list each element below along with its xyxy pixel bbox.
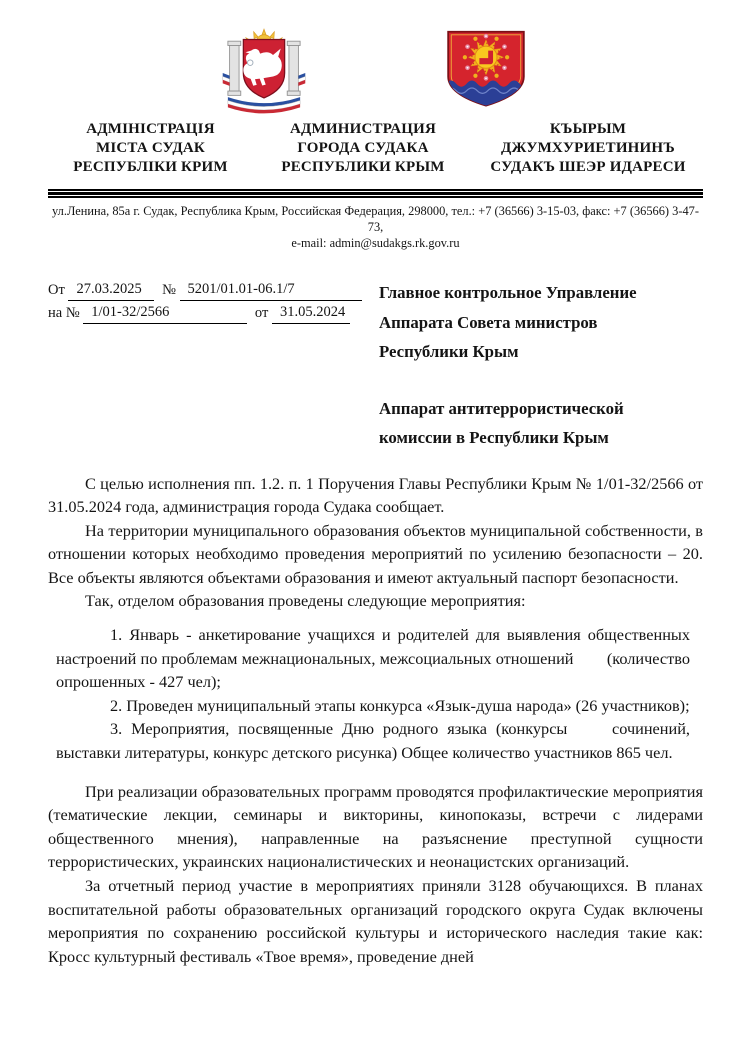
org-uk-line2: МІСТА СУДАК [48,139,253,158]
reference-block: От 27.03.2025 № 5201/01.01-06.1/7 на № 1… [48,278,379,324]
letterhead-emblems [48,28,703,118]
ref-reply-date-label: от [255,302,268,324]
list-item-language-contest: 2. Проведен муниципальный этапы конкурса… [56,694,690,718]
paragraph-preventive-measures: При реализации образовательных программ … [48,780,703,874]
org-ru-line2: ГОРОДА СУДАКА [253,139,473,158]
contact-address: ул.Ленина, 85а г. Судак, Республика Крым… [48,203,703,251]
recipient-antiterror-commission: Аппарат антитеррористической комиссии в … [379,394,703,453]
org-ru-line1: АДМИНИСТРАЦИЯ [253,120,473,139]
org-name-ukrainian: АДМІНІСТРАЦІЯ МІСТА СУДАК РЕСПУБЛІКИ КРИ… [48,120,253,177]
recipient2-line2: комиссии в Республики Крым [379,423,703,453]
ref-from-date: 27.03.2025 [68,278,154,301]
sudak-coat-of-arms-icon [442,28,530,112]
org-crh-line2: ДЖУМХУРИЕТИНИНЪ [473,139,703,158]
correspondence-header: От 27.03.2025 № 5201/01.01-06.1/7 на № 1… [48,278,703,453]
letter-body: С целью исполнения пп. 1.2. п. 1 Поручен… [48,472,703,969]
ref-number-value: 5201/01.01-06.1/7 [180,278,362,301]
org-crh-line3: СУДАКЪ ШЕЭР ИДАРЕСИ [473,158,703,177]
ref-reply-date: 31.05.2024 [272,301,350,324]
ref-reply-prefix: на № [48,302,80,324]
recipient1-line3: Республики Крым [379,337,703,367]
organization-names: АДМІНІСТРАЦІЯ МІСТА СУДАК РЕСПУБЛІКИ КРИ… [48,120,703,177]
outgoing-reference-line: От 27.03.2025 № 5201/01.01-06.1/7 [48,278,379,301]
recipient-main-control-department: Главное контрольное Управление Аппарата … [379,278,703,367]
org-name-russian: АДМИНИСТРАЦИЯ ГОРОДА СУДАКА РЕСПУБЛИКИ К… [253,120,473,177]
org-ru-line3: РЕСПУБЛИКИ КРЫМ [253,158,473,177]
ref-from-label: От [48,279,65,301]
ref-reply-number: 1/01-32/2566 [83,301,247,324]
org-name-crimean-tatar: КЪЫРЫМ ДЖУМХУРИЕТИНИНЪ СУДАКЪ ШЕЭР ИДАРЕ… [473,120,703,177]
address-line1: ул.Ленина, 85а г. Судак, Республика Крым… [48,203,703,235]
recipient2-line1: Аппарат антитеррористической [379,394,703,424]
recipient1-line2: Аппарата Совета министров [379,308,703,338]
recipient-block: Главное контрольное Управление Аппарата … [379,278,703,453]
paragraph-purpose: С целью исполнения пп. 1.2. п. 1 Поручен… [48,472,703,519]
paragraph-objects-count: На территории муниципального образования… [48,519,703,590]
recipient1-line1: Главное контрольное Управление [379,278,703,308]
list-item-native-language-day: 3. Мероприятия, посвященные Дню родного … [56,717,690,764]
ref-number-label: № [162,279,176,301]
paragraph-events-intro: Так, отделом образования проведены следу… [48,589,703,613]
org-uk-line3: РЕСПУБЛІКИ КРИМ [48,158,253,177]
crimea-coat-of-arms-icon [221,28,307,118]
paragraph-report-period: За отчетный период участие в мероприятия… [48,874,703,968]
letterhead-divider [48,189,703,198]
list-item-january-survey: 1. Январь - анкетирование учащихся и род… [56,623,690,694]
incoming-reference-line: на № 1/01-32/2566 от 31.05.2024 [48,301,379,324]
address-line2: e-mail: admin@sudakgs.rk.gov.ru [48,235,703,251]
org-crh-line1: КЪЫРЫМ [473,120,703,139]
org-uk-line1: АДМІНІСТРАЦІЯ [48,120,253,139]
document-page: АДМІНІСТРАЦІЯ МІСТА СУДАК РЕСПУБЛІКИ КРИ… [0,0,748,1058]
